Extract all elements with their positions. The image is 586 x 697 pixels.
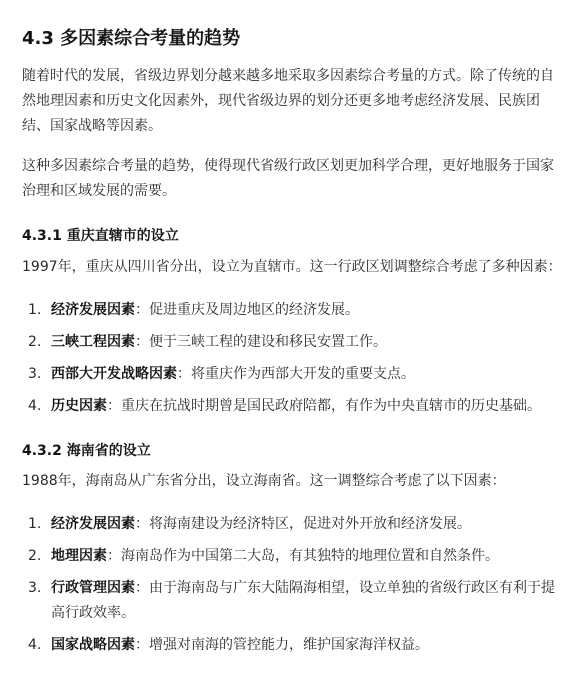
section-paragraph: 随着时代的发展，省级边界划分越来越多地采取多因素综合考量的方式。除了传统的自然地… [22, 64, 564, 139]
factor-term: 行政管理因素 [51, 580, 135, 596]
factor-text: 促进重庆及周边地区的经济发展。 [149, 302, 359, 318]
list-item: 4.历史因素：重庆在抗战时期曾是国民政府陪都，有作为中央直辖市的历史基础。 [22, 394, 564, 419]
colon: ： [135, 637, 149, 653]
list-item: 4.国家战略因素：增强对南海的管控能力，维护国家海洋权益。 [22, 633, 564, 658]
list-item: 2.地理因素：海南岛作为中国第二大岛，有其独特的地理位置和自然条件。 [22, 544, 564, 569]
list-item: 1.经济发展因素：将海南建设为经济特区，促进对外开放和经济发展。 [22, 512, 564, 537]
section-paragraph: 这种多因素综合考量的趋势，使得现代省级行政区划更加科学合理，更好地服务于国家治理… [22, 154, 564, 204]
list-item: 1.经济发展因素：促进重庆及周边地区的经济发展。 [22, 298, 564, 323]
factor-term: 历史因素 [51, 398, 107, 414]
factor-list-hainan: 1.经济发展因素：将海南建设为经济特区，促进对外开放和经济发展。 2.地理因素：… [22, 512, 564, 658]
list-number: 4. [28, 633, 41, 658]
colon: ： [135, 580, 149, 596]
subsection-intro: 1997年，重庆从四川省分出，设立为直辖市。这一行政区划调整综合考虑了多种因素： [22, 255, 564, 280]
factor-text: 海南岛作为中国第二大岛，有其独特的地理位置和自然条件。 [121, 548, 499, 564]
colon: ： [177, 366, 191, 382]
factor-term: 国家战略因素 [51, 637, 135, 653]
factor-term: 西部大开发战略因素 [51, 366, 177, 382]
list-item: 3.西部大开发战略因素：将重庆作为西部大开发的重要支点。 [22, 362, 564, 387]
factor-text: 将重庆作为西部大开发的重要支点。 [191, 366, 415, 382]
list-number: 3. [28, 362, 41, 387]
colon: ： [107, 548, 121, 564]
factor-term: 三峡工程因素 [51, 334, 135, 350]
colon: ： [135, 516, 149, 532]
list-number: 2. [28, 544, 41, 569]
subsection-heading-hainan: 4.3.2 海南省的设立 [22, 439, 564, 464]
list-number: 4. [28, 394, 41, 419]
factor-term: 地理因素 [51, 548, 107, 564]
factor-term: 经济发展因素 [51, 302, 135, 318]
list-number: 3. [28, 576, 41, 601]
factor-text: 增强对南海的管控能力，维护国家海洋权益。 [149, 637, 429, 653]
document-body: 4.3 多因素综合考量的趋势 随着时代的发展，省级边界划分越来越多地采取多因素综… [0, 0, 586, 658]
list-number: 2. [28, 330, 41, 355]
factor-text: 便于三峡工程的建设和移民安置工作。 [149, 334, 387, 350]
factor-text: 重庆在抗战时期曾是国民政府陪都，有作为中央直辖市的历史基础。 [121, 398, 541, 414]
section-heading: 4.3 多因素综合考量的趋势 [22, 0, 564, 52]
list-number: 1. [28, 512, 41, 537]
list-number: 1. [28, 298, 41, 323]
factor-text: 将海南建设为经济特区，促进对外开放和经济发展。 [149, 516, 471, 532]
subsection-heading-chongqing: 4.3.1 重庆直辖市的设立 [22, 224, 564, 249]
list-item: 2.三峡工程因素：便于三峡工程的建设和移民安置工作。 [22, 330, 564, 355]
factor-term: 经济发展因素 [51, 516, 135, 532]
colon: ： [135, 334, 149, 350]
colon: ： [135, 302, 149, 318]
subsection-intro: 1988年，海南岛从广东省分出，设立海南省。这一调整综合考虑了以下因素： [22, 469, 564, 494]
list-item: 3.行政管理因素：由于海南岛与广东大陆隔海相望，设立单独的省级行政区有利于提高行… [22, 576, 564, 626]
colon: ： [107, 398, 121, 414]
factor-list-chongqing: 1.经济发展因素：促进重庆及周边地区的经济发展。 2.三峡工程因素：便于三峡工程… [22, 298, 564, 419]
